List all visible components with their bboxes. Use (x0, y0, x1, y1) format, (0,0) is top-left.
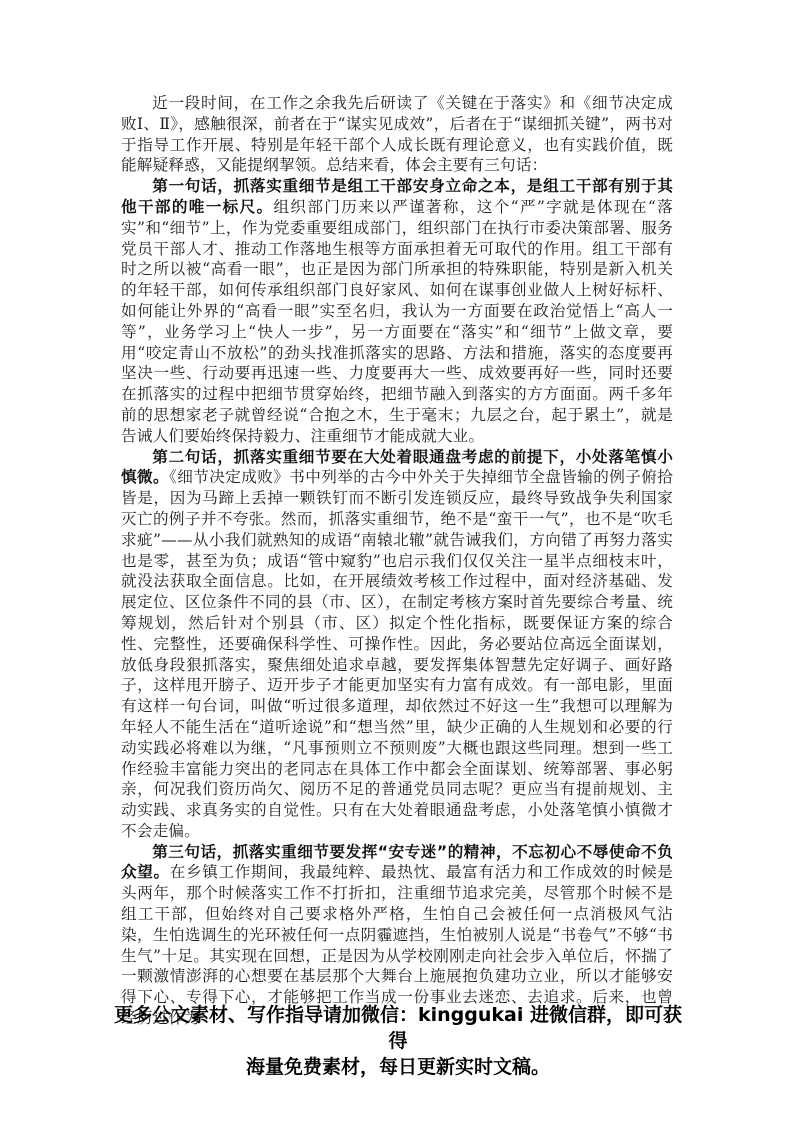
document-body: 近一段时间，在工作之余我先后研读了《关键在于落实》和《细节决定成败Ⅰ、Ⅱ》，感触… (121, 93, 673, 1029)
promo-banner: 更多公文素材、写作指导请加微信：kinggukai 进微信群，即可获得 海量免费… (110, 1002, 686, 1080)
promo-line-2: 海量免费素材，每日更新实时文稿。 (110, 1054, 686, 1080)
section-2-paragraph: 第二句话，抓落实重细节要在大处着眼通盘考虑的前提下，小处落笔慎小慎微。《细节决定… (121, 447, 673, 842)
section-3-paragraph: 第三句话，抓落实重细节要发挥“安专迷”的精神，不忘初心不辱使命不负众望。在乡镇工… (121, 842, 673, 1029)
section-1-body: 组织部门历来以严谨著称，这个“严”字就是体现在“落实”和“细节”上，作为党委重要… (121, 198, 673, 445)
intro-paragraph: 近一段时间，在工作之余我先后研读了《关键在于落实》和《细节决定成败Ⅰ、Ⅱ》，感触… (121, 93, 673, 176)
section-1-paragraph: 第一句话，抓落实重细节是组工干部安身立命之本，是组工干部有别于其他干部的唯一标尺… (121, 176, 673, 446)
section-2-body: 《细节决定成败》书中列举的古今中外关于失掉细节全盘皆输的例子俯拾皆是，因为马蹄上… (121, 468, 673, 840)
intro-text: 近一段时间，在工作之余我先后研读了《关键在于落实》和《细节决定成败Ⅰ、Ⅱ》，感触… (121, 94, 673, 174)
promo-line-1: 更多公文素材、写作指导请加微信：kinggukai 进微信群，即可获得 (110, 1002, 686, 1054)
